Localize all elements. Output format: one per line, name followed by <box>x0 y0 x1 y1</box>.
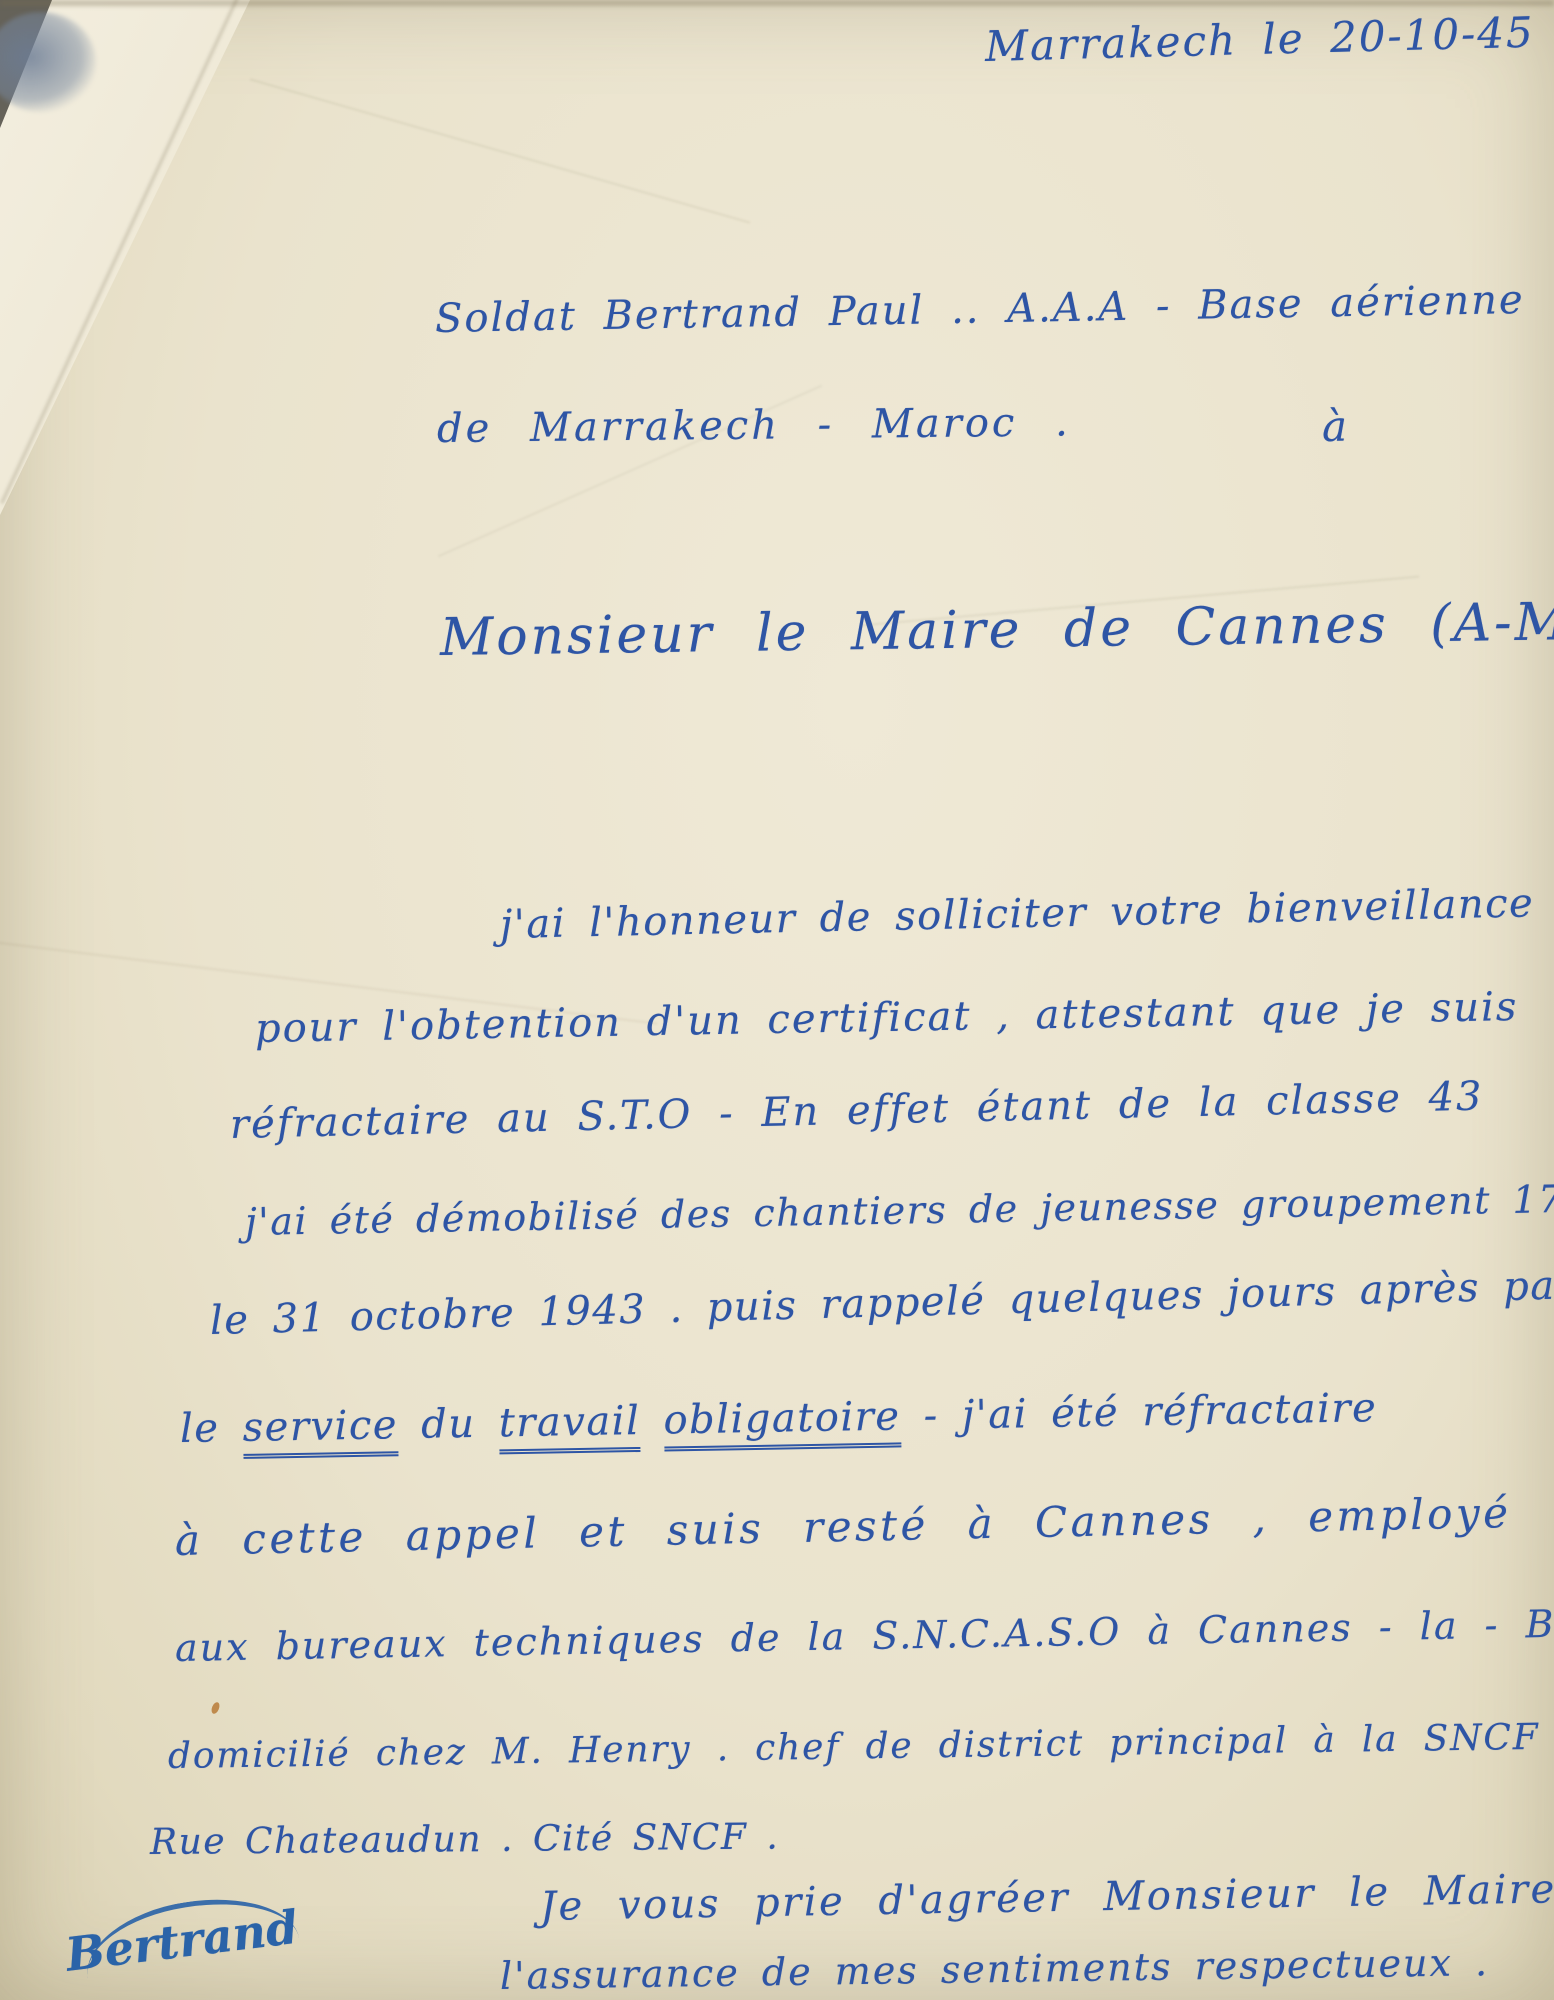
body-line-4: j'ai été démobilisé des chantiers de jeu… <box>245 1177 1554 1244</box>
sto-suffix: - j'ai été réfractaire <box>900 1385 1378 1439</box>
body-line-3: réfractaire au S.T.O - En effet étant de… <box>229 1074 1483 1148</box>
sender-line-1: Soldat Bertrand Paul .. A.A.A - Base aér… <box>435 277 1525 342</box>
dateline: Marrakech le 20-10-45 <box>984 8 1535 71</box>
scan-edge-shadow <box>0 0 1554 6</box>
body-line-9: domicilié chez M. Henry . chef de distri… <box>168 1717 1540 1777</box>
sto-mid-1: du <box>398 1400 500 1448</box>
underlined-word-service: service <box>242 1402 398 1459</box>
sto-prefix: le <box>180 1405 243 1452</box>
salutation: Monsieur le Maire de Cannes (A-M) <box>440 592 1554 668</box>
body-line-1: j'ai l'honneur de solliciter votre bienv… <box>500 880 1535 948</box>
sender-line-2: de Marrakech - Maroc . <box>437 399 1071 452</box>
paper-crease <box>250 78 750 223</box>
body-line-10: Rue Chateaudun . Cité SNCF . <box>150 1817 780 1863</box>
body-line-8: aux bureaux techniques de la S.N.C.A.S.O… <box>175 1600 1554 1670</box>
body-line-5: le 31 octobre 1943 . puis rappelé quelqu… <box>209 1262 1554 1344</box>
letter-page: Marrakech le 20-10-45 Soldat Bertrand Pa… <box>0 0 1554 2000</box>
recipient-preposition: à <box>1322 402 1348 451</box>
body-line-2: pour l'obtention d'un certificat , attes… <box>255 984 1519 1052</box>
closing-line-2: l'assurance de mes sentiments respectueu… <box>500 1940 1490 1998</box>
underlined-word-travail: travail <box>498 1398 640 1454</box>
foxing-speck <box>210 1701 221 1715</box>
underlined-word-obligatoire: obligatoire <box>663 1393 901 1451</box>
sto-mid-2 <box>640 1398 664 1444</box>
closing-line-1: Je vous prie d'agréer Monsieur le Maire <box>540 1866 1554 1930</box>
body-line-6-sto: le service du travail obligatoire - j'ai… <box>180 1385 1378 1452</box>
body-line-7: à cette appel et suis resté à Cannes , e… <box>174 1488 1512 1565</box>
